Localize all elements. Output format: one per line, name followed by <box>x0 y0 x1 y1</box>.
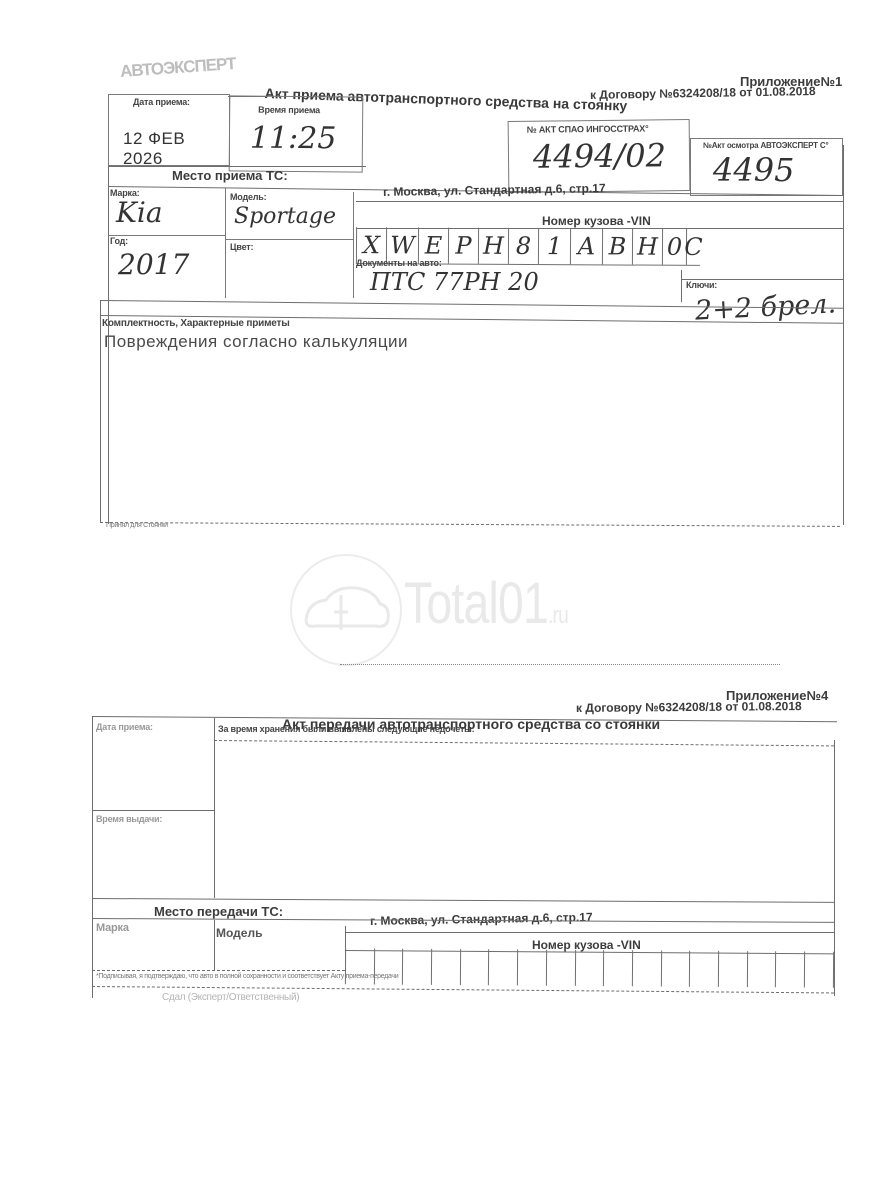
vin-char-cell: A <box>570 228 602 264</box>
color-field: Цвет: <box>226 240 354 298</box>
vin-char-cell <box>402 949 431 985</box>
vin-char-cell <box>632 950 661 986</box>
expert-act-value: 4495 <box>713 151 794 189</box>
vin-char-cell: 1 <box>538 228 570 264</box>
place-address: г. Москва, ул. Стандартная д.6, стр.17 <box>383 181 606 199</box>
release-date-label: Дата приема: <box>96 722 153 732</box>
vin-char-cell <box>488 949 517 985</box>
date-value: 12 ФЕВ 2026 <box>123 129 229 169</box>
vin-char-cell: H <box>478 228 508 264</box>
vin-char-cell <box>546 950 575 986</box>
vin-char-cell <box>804 951 833 987</box>
make-value: Kia <box>116 196 163 229</box>
defects-label: За время хранения были выявлены следующи… <box>218 724 474 734</box>
docs-label: Документы на авто: <box>356 258 442 268</box>
vin-char-cell <box>460 949 489 985</box>
make-field: Марка: Kia <box>108 188 226 236</box>
release-time-label: Время выдачи: <box>96 814 162 824</box>
features-label: Комплектность, Характерные приметы <box>102 318 290 329</box>
vin-char-cell: P <box>448 228 478 264</box>
watermark-text: Total01 <box>404 571 548 636</box>
color-label: Цвет: <box>230 242 253 252</box>
ingos-act-label: № АКТ СПАО ИНГОССТРАХ° <box>527 123 649 134</box>
contract-reference-4: к Договору №6324208/18 от 01.08.2018 <box>576 699 802 715</box>
model-value: Sportage <box>234 204 336 229</box>
release-vin-input <box>345 948 834 989</box>
watermark-suffix: .ru <box>548 602 568 629</box>
vin-label: Номер кузова -VIN <box>542 214 651 228</box>
vin-char-cell <box>747 951 776 987</box>
vin-char-cell <box>775 951 804 987</box>
features-value: Повреждения согласно калькуляции <box>104 332 408 352</box>
release-footnote: *Подписывая, я подтверждаю, что авто в п… <box>96 973 398 980</box>
expert-act-field: №Акт осмотра АВТОЭКСПЕРТ С° 4495 <box>690 138 843 196</box>
year-value: 2017 <box>118 248 189 281</box>
form1-footer: Принял для Стоянки <box>106 522 168 529</box>
vin-char-cell <box>517 949 546 985</box>
release-make-label: Марка <box>96 922 129 934</box>
time-field: Время приема 11:25 <box>229 95 364 172</box>
vin-char-cell: 0 <box>662 229 686 265</box>
time-value: 11:25 <box>250 121 337 157</box>
model-label: Модель: <box>230 192 266 202</box>
vin-char-cell <box>431 949 460 985</box>
release-sign-line: Сдал (Эксперт/Ответственный) <box>162 992 299 1003</box>
expert-act-label: №Акт осмотра АВТОЭКСПЕРТ С° <box>703 141 828 150</box>
place-label: Место приема ТС: <box>172 168 288 183</box>
date-label: Дата приема: <box>133 97 190 107</box>
vin-char-cell: 8 <box>508 228 538 264</box>
keys-label: Ключи: <box>686 280 717 290</box>
vin-char-cell <box>574 950 603 986</box>
release-model-label: Модель <box>216 926 262 940</box>
ingos-act-value: 4494/02 <box>533 136 666 175</box>
vin-char-cell <box>718 951 747 987</box>
docs-value: ПТС 77РН 20 <box>370 268 539 296</box>
time-label: Время приема <box>258 105 320 116</box>
vin-char-cell: H <box>632 229 662 265</box>
release-place-label: Место передачи ТС: <box>154 904 283 919</box>
model-field: Модель: Sportage <box>226 192 354 240</box>
year-label: Год: <box>110 236 128 246</box>
year-field: Год: 2017 <box>108 236 226 298</box>
company-logo: АВТОЭКСПЕРТ <box>119 54 236 82</box>
vin-char-cell <box>603 950 632 986</box>
watermark: Total01.ru <box>286 550 626 670</box>
vin-char-cell: B <box>602 228 632 264</box>
defects-value <box>220 745 820 885</box>
car-logo-icon <box>286 550 406 670</box>
vin-char-cell <box>689 951 718 987</box>
vin-char-cell <box>660 950 689 986</box>
vin-char-cell: C <box>686 229 700 265</box>
date-field: Дата приема: 12 ФЕВ 2026 <box>108 94 230 166</box>
